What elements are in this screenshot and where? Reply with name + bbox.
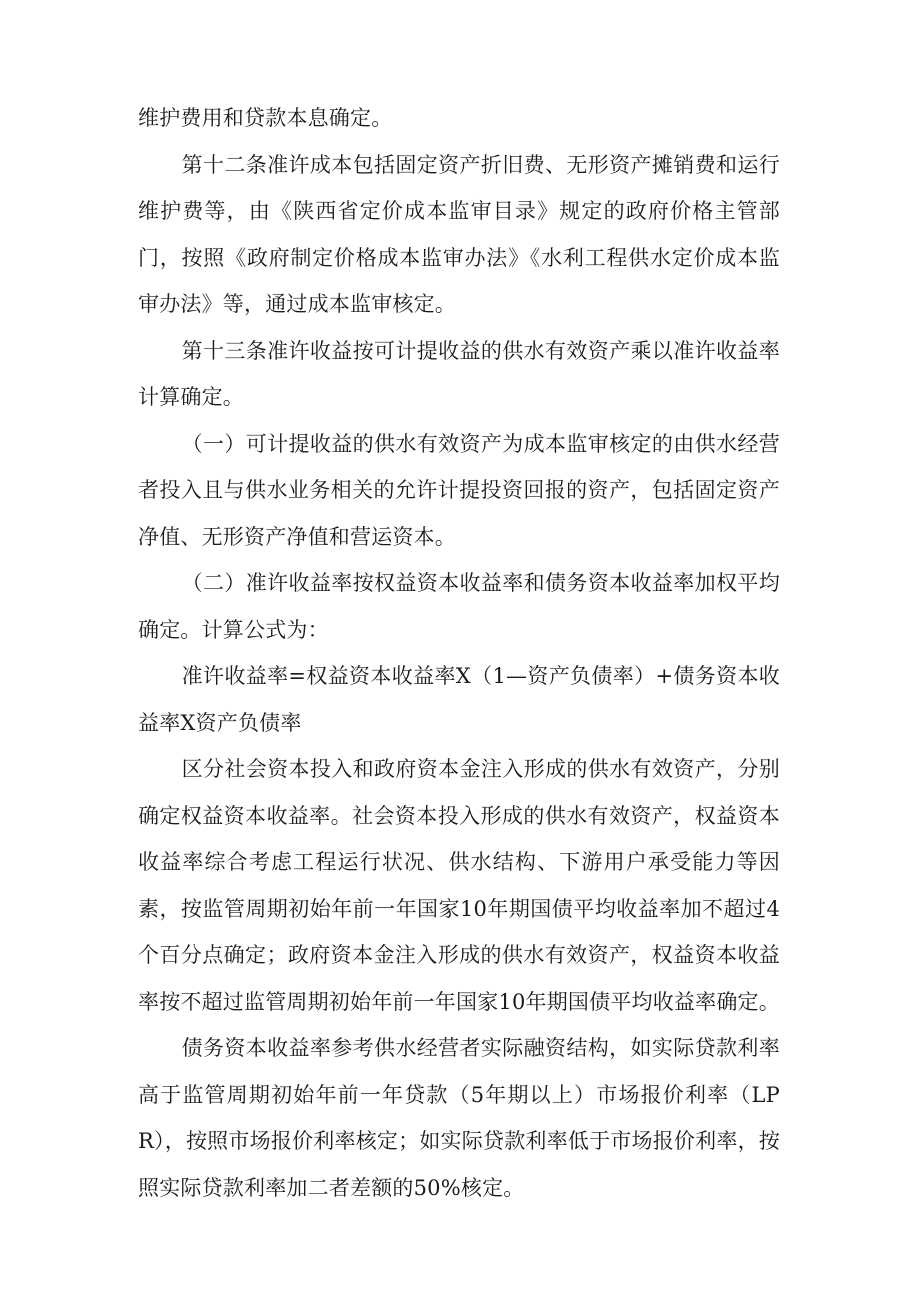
paragraph-article-13: 第十三条准许收益按可计提收益的供水有效资产乘以准许收益率计算确定。 [138, 328, 780, 421]
paragraph-article-12: 第十二条准许成本包括固定资产折旧费、无形资产摊销费和运行维护费等，由《陕西省定价… [138, 142, 780, 328]
paragraph-formula: 准许收益率=权益资本收益率X（1—资产负债率）+债务资本收益率X资产负债率 [138, 653, 780, 746]
paragraph-item-1: （一）可计提收益的供水有效资产为成本监审核定的由供水经营者投入且与供水业务相关的… [138, 421, 780, 561]
paragraph-equity-return: 区分社会资本投入和政府资本金注入形成的供水有效资产，分别确定权益资本收益率。社会… [138, 746, 780, 1025]
document-page: 维护费用和贷款本息确定。 第十二条准许成本包括固定资产折旧费、无形资产摊销费和运… [138, 95, 780, 1211]
paragraph-continuation: 维护费用和贷款本息确定。 [138, 95, 780, 142]
paragraph-debt-return: 债务资本收益率参考供水经营者实际融资结构，如实际贷款利率高于监管周期初始年前一年… [138, 1025, 780, 1211]
paragraph-item-2: （二）准许收益率按权益资本收益率和债务资本收益率加权平均确定。计算公式为： [138, 560, 780, 653]
